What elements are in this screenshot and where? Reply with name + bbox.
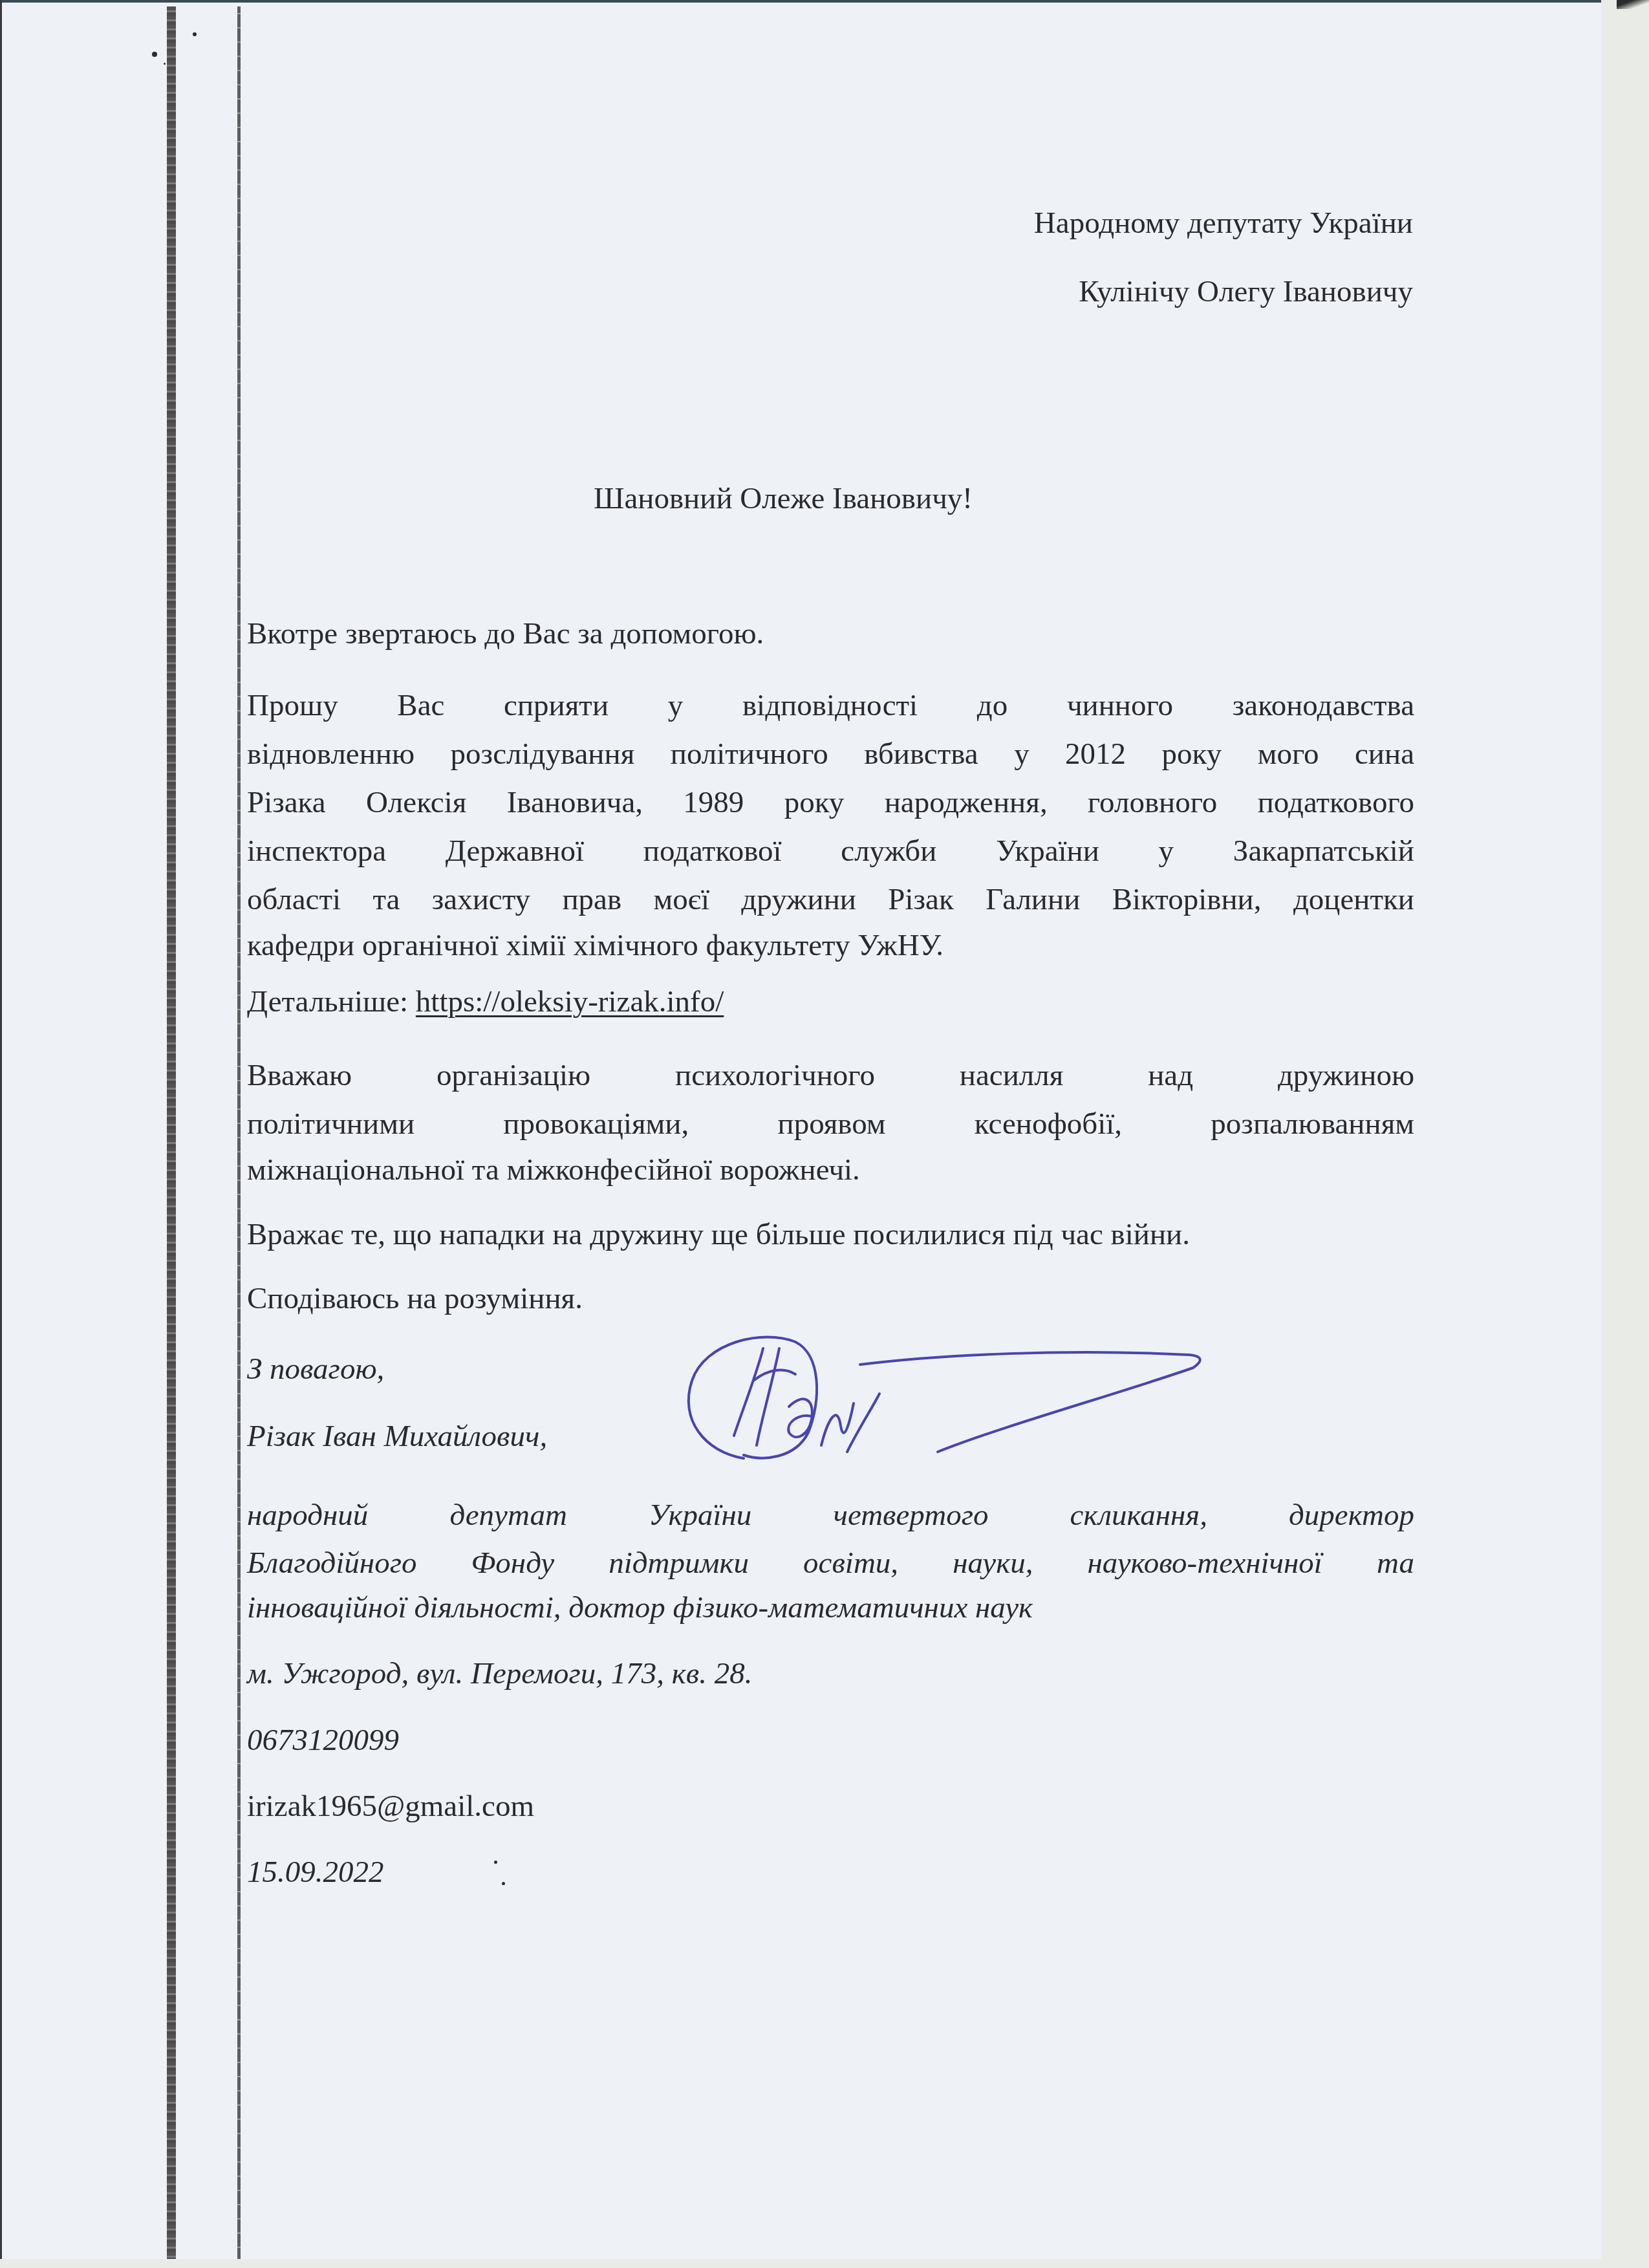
signer-name: Різак Іван Михайлович, [247,1421,547,1452]
paragraph-5: Вражає те, що нападки на дружину ще біль… [247,1220,1190,1250]
greeting: Шановний Олеже Івановичу! [594,484,973,514]
paragraph-1: Вкотре звертаюсь до Вас за допомогою. [247,619,764,649]
signer-phone: 0673120099 [247,1725,399,1756]
scan-speck [502,1882,505,1885]
scan-top-edge [0,0,1601,3]
website-link[interactable]: https://oleksiy-rizak.info/ [416,985,724,1019]
addressee-line-1: Народному депутату України [841,208,1413,239]
signer-address: м. Ужгород, вул. Перемоги, 173, кв. 28. [247,1659,752,1689]
paragraph-2-line: Різака Олексія Івановича, 1989 року наро… [247,785,1414,820]
paragraph-2-line: Прошу Вас сприяти у відповідності до чин… [247,688,1414,723]
paragraph-6: Сподіваюсь на розуміння. [247,1284,583,1314]
paragraph-2-line: області та захисту прав моєї дружини Різ… [247,882,1414,917]
paragraph-2-line: відновленню розслідування політичного вб… [247,737,1414,772]
scan-corner-shadow [1617,0,1649,9]
signer-title-line: народний депутат України четвертого скли… [247,1498,1414,1533]
scan-speck [152,52,157,57]
signature-icon [666,1323,1261,1465]
signer-email: irizak1965@gmail.com [247,1791,534,1822]
paragraph-4-line: політичними провокаціями, проявом ксеноф… [247,1107,1414,1141]
addressee-line-2: Кулінічу Олегу Івановичу [841,277,1413,307]
paragraph-4-line: Вважаю організацію психологічного насилл… [247,1058,1414,1093]
details-label: Детальніше: [247,985,408,1019]
scan-speck [494,1861,497,1864]
paragraph-4-line: міжнаціональної та міжконфесійної ворожн… [247,1155,860,1185]
details-line: Детальніше: https://oleksiy-rizak.info/ [247,987,724,1017]
scan-left-edge [0,0,2,2259]
paragraph-2-line: кафедри органічної хімії хімічного факул… [247,931,943,961]
margin-line-thick [167,6,176,2259]
signer-title-line: Благодійного Фонду підтримки освіти, нау… [247,1546,1414,1581]
closing-regards: З повагою, [247,1354,384,1385]
scan-speck [164,63,166,65]
margin-line-thin [237,6,241,2259]
letter-date: 15.09.2022 [247,1857,384,1888]
paragraph-2-line: інспектора Державної податкової служби У… [247,834,1414,869]
signer-title-line: інноваційної діяльності, доктор фізико-м… [247,1593,1033,1623]
scan-speck [193,32,197,36]
